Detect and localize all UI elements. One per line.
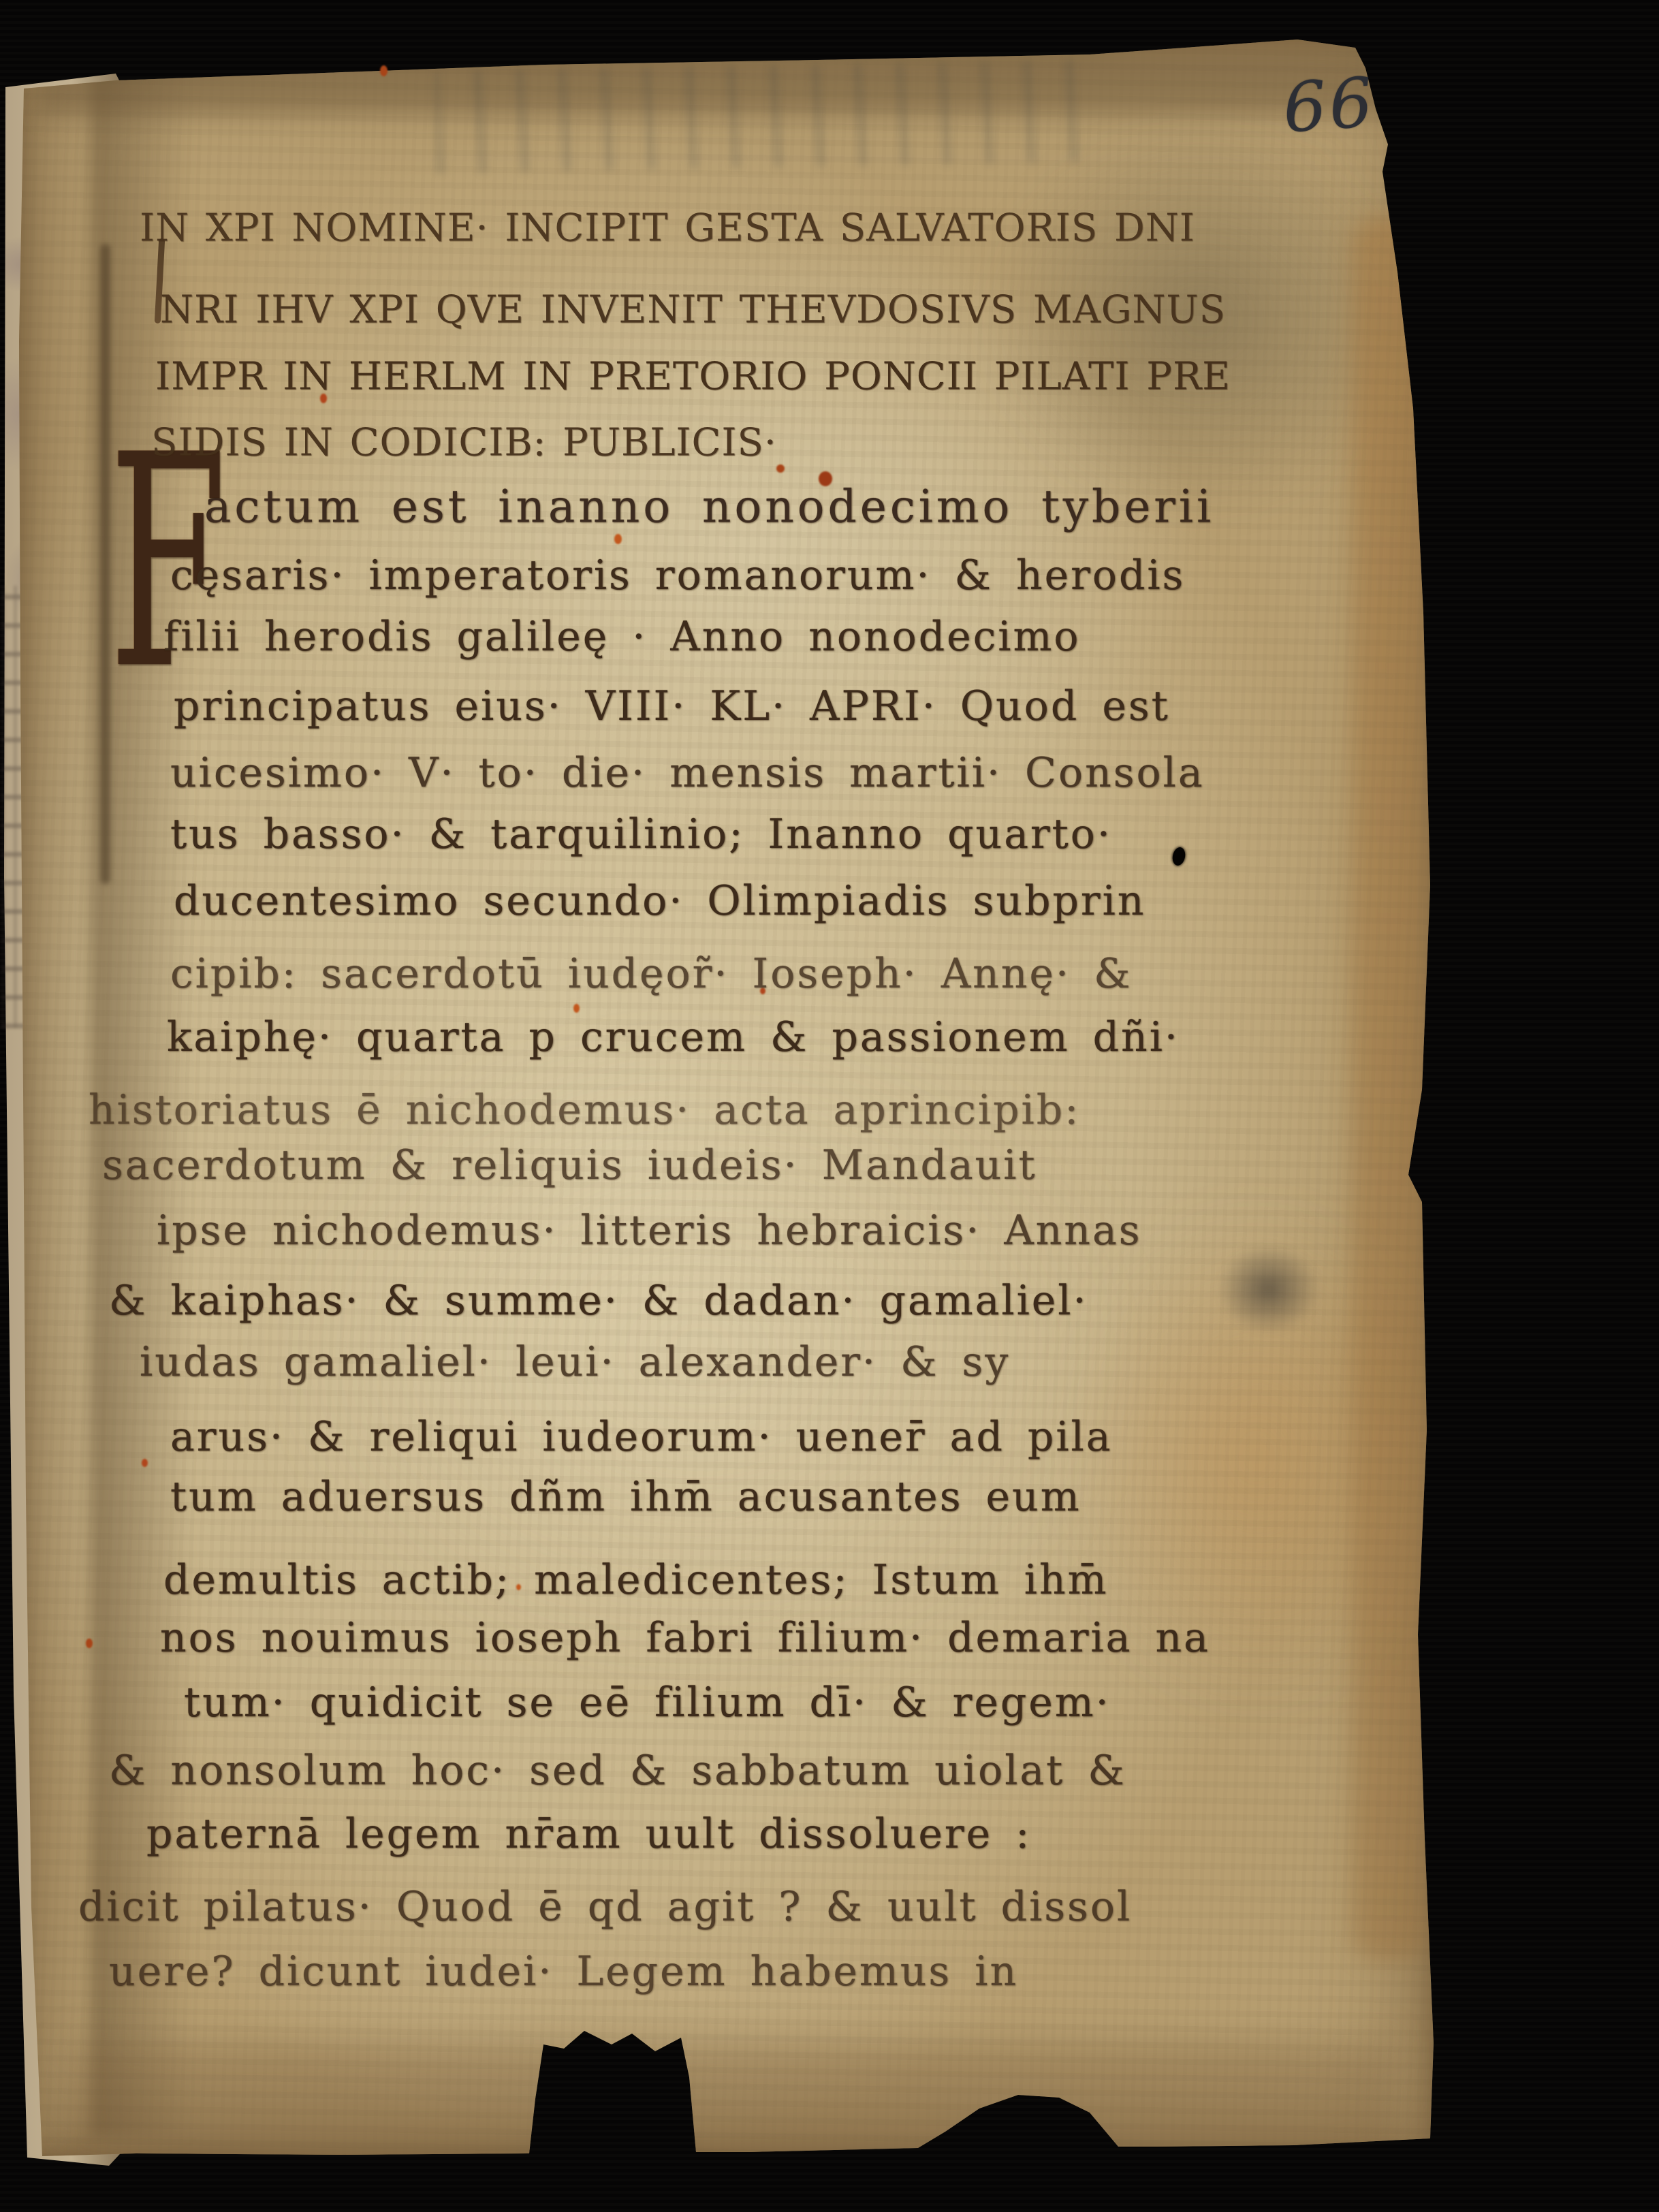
text-line: cęsaris· imperatoris romanorum· & herodi…: [170, 552, 1185, 599]
text-line: paternā legem nr̄am uult dissoluere :: [146, 1810, 1031, 1858]
folio-number: 66: [1280, 62, 1378, 148]
text-line: kaiphę· quarta p crucem & passionem dñi·: [167, 1013, 1180, 1061]
text-block: F IN XPI NOMINE· INCIPIT GESTA SALVATORI…: [0, 0, 1659, 2212]
incipit-line: NRI IHV XPI QVE INVENIT THEVDOSIVS MAGNU…: [160, 288, 1226, 332]
text-line: arus· & reliqui iudeorum· uener̄ ad pila: [170, 1413, 1113, 1461]
text-line: ducentesimo secundo· Olimpiadis subprin: [174, 877, 1145, 925]
incipit-line: IN XPI NOMINE· INCIPIT GESTA SALVATORIS …: [140, 206, 1195, 251]
text-line: uere? dicunt iudei· Legem habemus in: [109, 1948, 1018, 1995]
text-line: principatus eius· VIII· KL· APRI· Quod e…: [174, 682, 1170, 730]
text-line: & kaiphas· & summe· & dadan· gamaliel·: [109, 1277, 1088, 1325]
text-line: ipse nichodemus· litteris hebraicis· Ann…: [157, 1207, 1142, 1254]
text-line: tus basso· & tarquilinio; Inanno quarto·: [170, 810, 1112, 858]
text-line: & nonsolum hoc· sed & sabbatum uiolat &: [109, 1747, 1126, 1795]
incipit-line: SIDIS IN CODICIB: PUBLICIS·: [151, 421, 777, 465]
text-line: tum· quidicit se eē filium dī· & regem·: [184, 1679, 1111, 1726]
text-line: tum aduersus dñm ihm̄ acusantes eum: [170, 1473, 1081, 1521]
text-line: uicesimo· V· to· die· mensis martii· Con…: [170, 749, 1205, 797]
incipit-line: IMPR IN HERLM IN PRETORIO PONCII PILATI …: [155, 355, 1231, 399]
text-line: nos nouimus ioseph fabri filium· demaria…: [160, 1614, 1210, 1662]
text-line: sacerdotum & reliquis iudeis· Mandauit: [102, 1141, 1037, 1189]
text-line: dicit pilatus· Quod ē qd agit ? & uult d…: [78, 1883, 1132, 1931]
text-line: historiatus ē nichodemus· acta aprincipi…: [89, 1086, 1080, 1134]
text-line: cipib: sacerdotū iudęor̃· Ioseph· Annę· …: [170, 950, 1133, 998]
text-line: iudas gamaliel· leui· alexander· & sy: [140, 1338, 1010, 1386]
text-line: filii herodis galileę · Anno nonodecimo: [163, 613, 1081, 661]
manuscript-photo: F IN XPI NOMINE· INCIPIT GESTA SALVATORI…: [0, 0, 1659, 2212]
text-line: actum est inanno nonodecimo tyberii: [204, 481, 1214, 533]
text-line: demultis actib; maledicentes; Istum ihm̄: [163, 1556, 1109, 1604]
